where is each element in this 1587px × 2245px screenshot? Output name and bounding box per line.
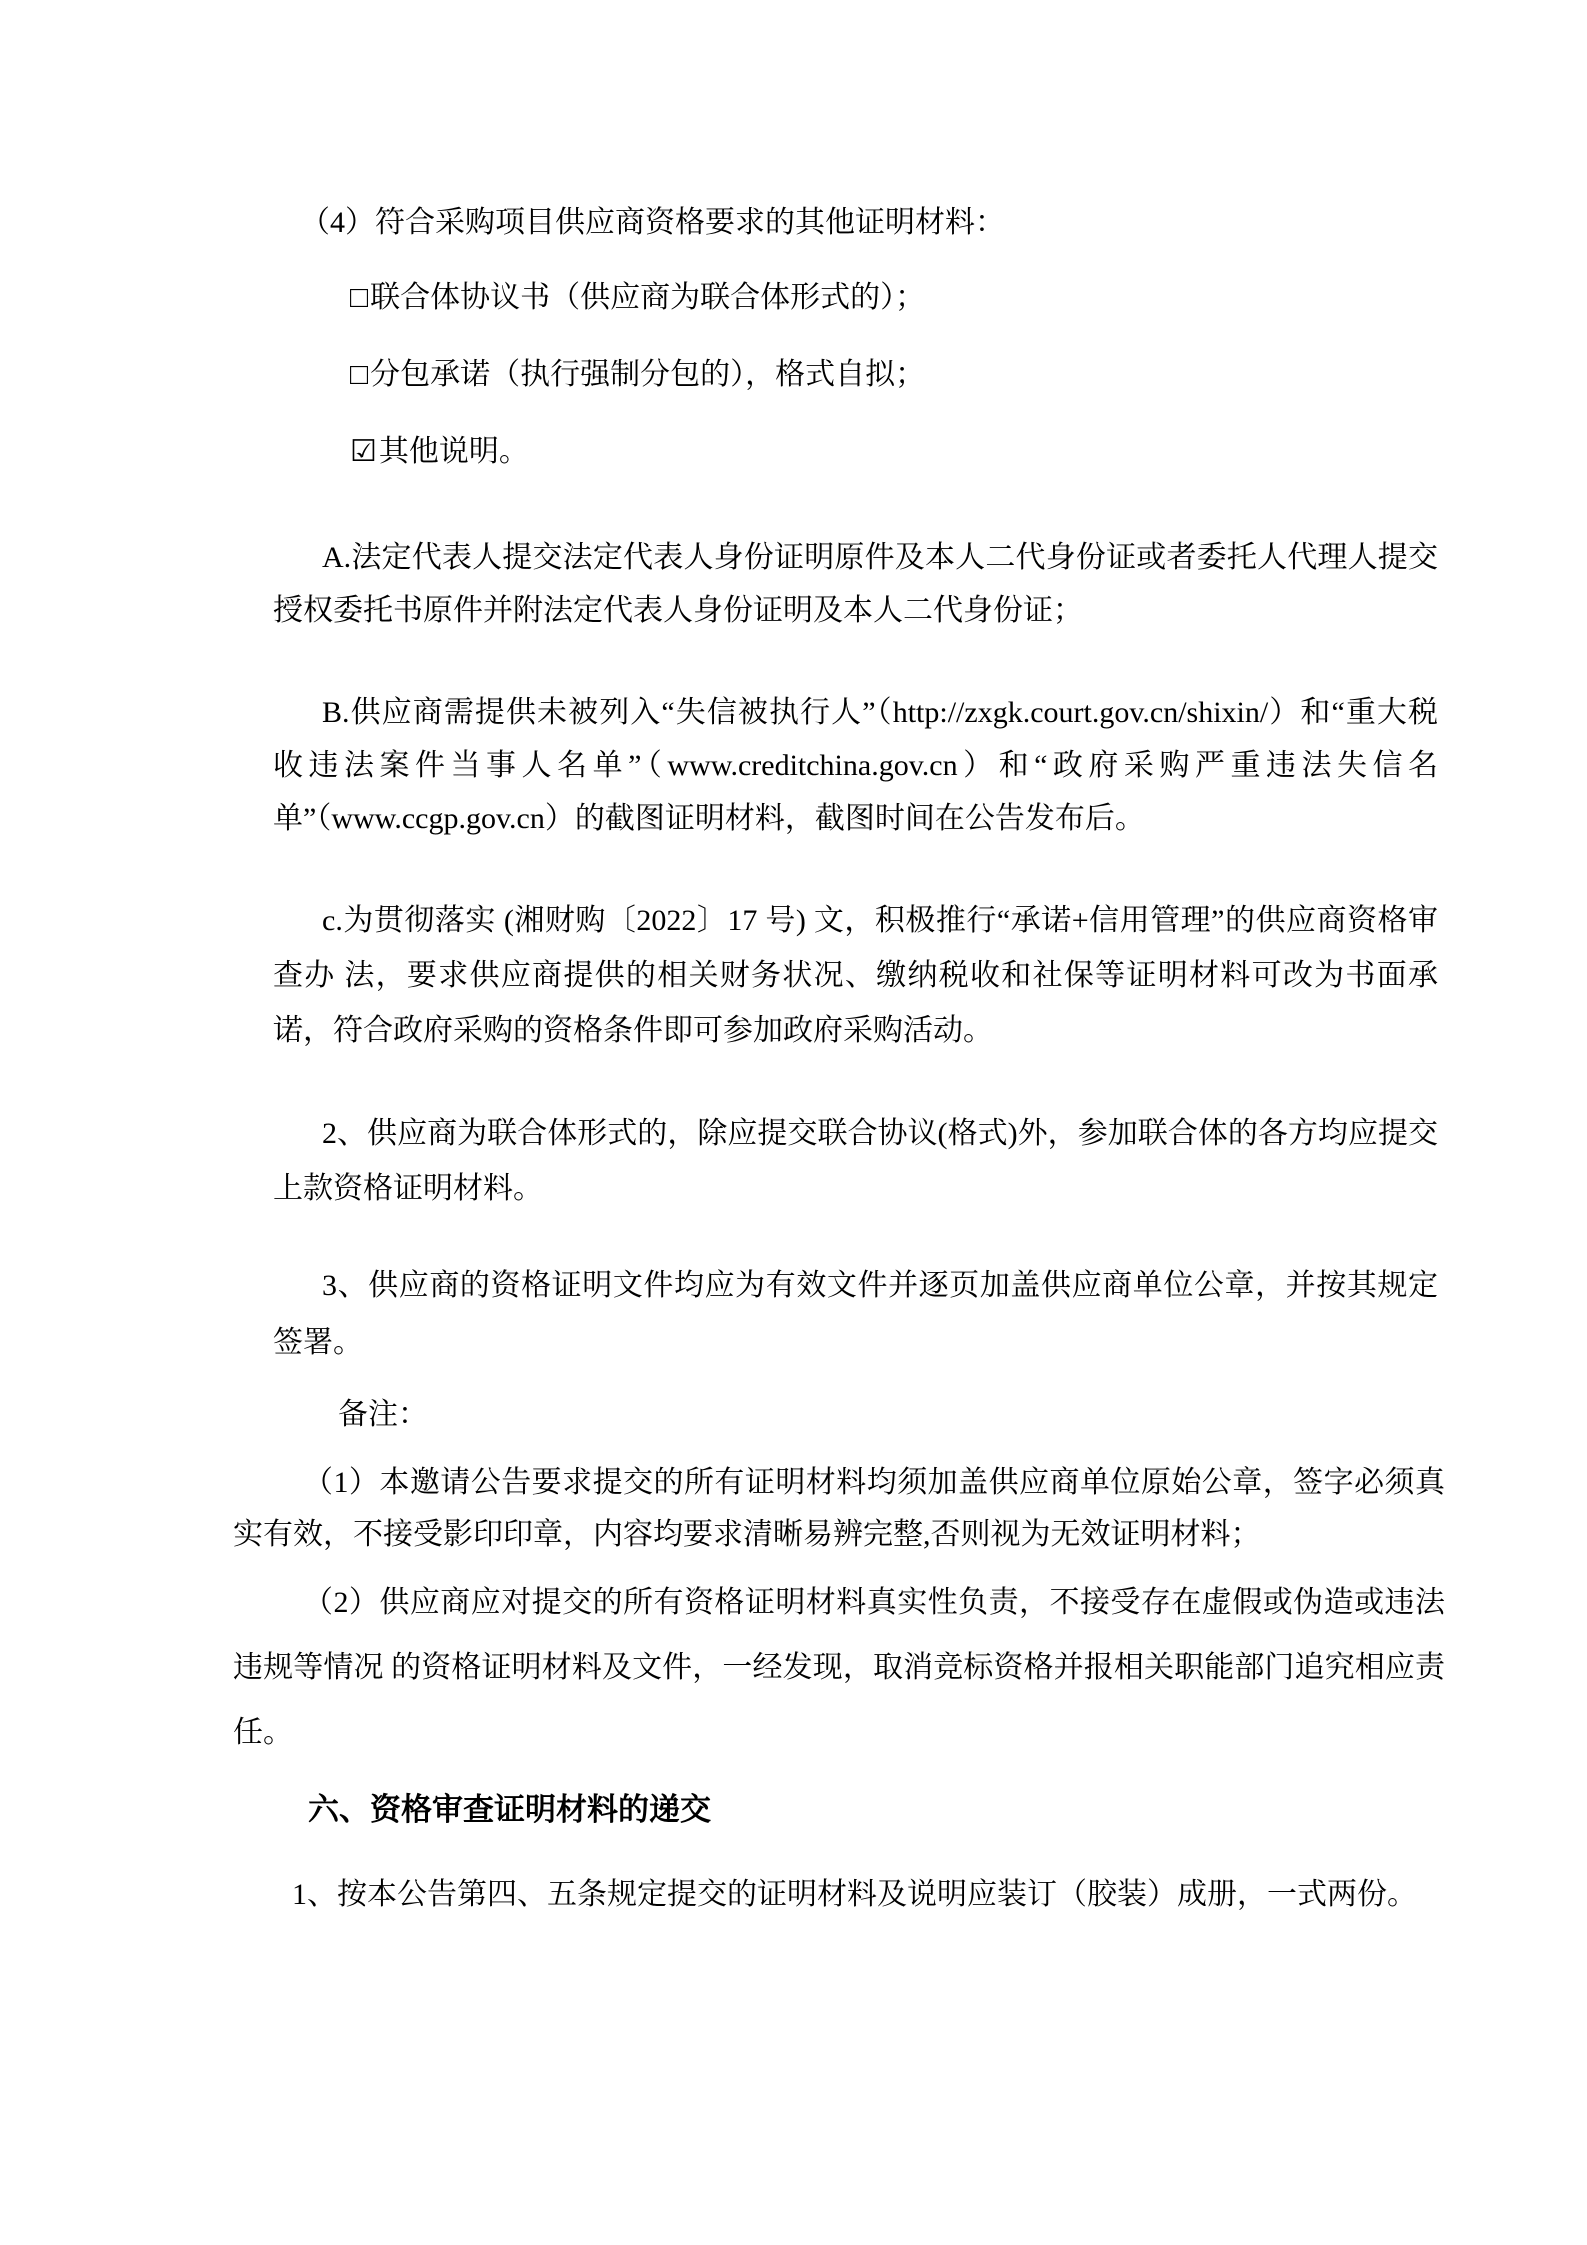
document-page: （4）符合采购项目供应商资格要求的其他证明材料： □联合体协议书（供应商为联合体… bbox=[0, 0, 1587, 2245]
remark-item-1: （1）本邀请公告要求提交的所有证明材料均须加盖供应商单位原始公章，签字必须真实有… bbox=[233, 1457, 1445, 1561]
section-6-item-1: 1、按本公告第四、五条规定提交的证明材料及说明应装订（胶装）成册，一式两份。 bbox=[292, 1880, 1417, 1910]
checkbox-row-other-note: ☑其他说明。 bbox=[350, 437, 529, 467]
paragraph-2: 2、供应商为联合体形式的，除应提交联合协议(格式)外，参加联合体的各方均应提交上… bbox=[273, 1106, 1438, 1216]
checkbox-unchecked-icon: □ bbox=[350, 360, 368, 390]
checkbox-checked-icon: ☑ bbox=[350, 437, 377, 467]
remark-item-2: （2）供应商应对提交的所有资格证明材料真实性负责，不接受存在虚假或伪造或违法违规… bbox=[233, 1570, 1445, 1765]
remark-label: 备注： bbox=[338, 1400, 428, 1430]
section-6-heading: 六、资格审查证明材料的递交 bbox=[308, 1795, 711, 1825]
paragraph-3: 3、供应商的资格证明文件均应为有效文件并逐页加盖供应商单位公章，并按其规定签署。 bbox=[273, 1257, 1438, 1371]
checkbox-row-joint-agreement: □联合体协议书（供应商为联合体形式的）； bbox=[350, 283, 925, 313]
paragraph-a: A.法定代表人提交法定代表人身份证明原件及本人二代身份证或者委托人代理人提交授权… bbox=[273, 531, 1438, 637]
paragraph-c: c.为贯彻落实 (湘财购〔2022〕17 号) 文，积极推行“承诺+信用管理”的… bbox=[273, 893, 1438, 1058]
item-4-heading: （4）符合采购项目供应商资格要求的其他证明材料： bbox=[300, 208, 1005, 238]
checkbox-unchecked-icon: □ bbox=[350, 283, 368, 313]
checkbox-label: 联合体协议书（供应商为联合体形式的）； bbox=[370, 281, 925, 314]
checkbox-label: 分包承诺（执行强制分包的），格式自拟； bbox=[370, 358, 925, 391]
checkbox-row-subcontract: □分包承诺（执行强制分包的），格式自拟； bbox=[350, 360, 925, 390]
paragraph-b: B.供应商需提供未被列入“失信被执行人”（http://zxgk.court.g… bbox=[273, 686, 1438, 845]
checkbox-label: 其他说明。 bbox=[379, 435, 529, 468]
